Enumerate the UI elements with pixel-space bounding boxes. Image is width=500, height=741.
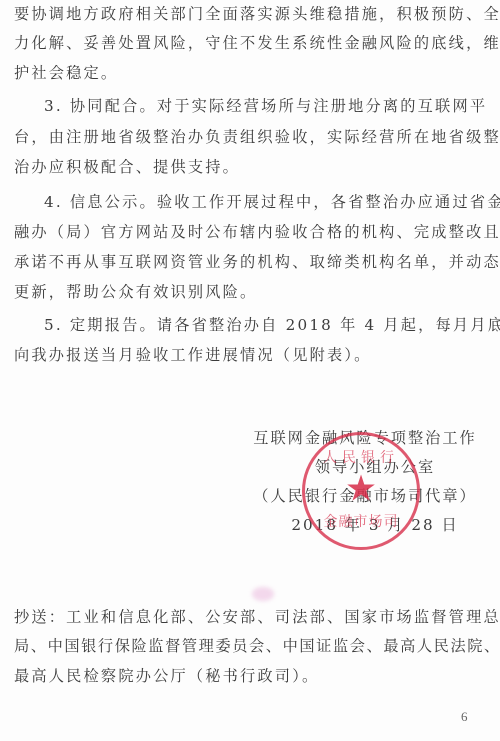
ink-smudge — [252, 587, 274, 601]
item4-line: 更新，帮助公众有效识别风险。 — [14, 282, 257, 302]
item5-heading-line: 5. 定期报告。请各省整治办自 2018 年 4 月起，每月月底前 — [44, 315, 500, 335]
paragraph-line: 力化解、妥善处置风险，守住不发生系统性金融风险的底线，维 — [14, 33, 500, 53]
item3-line: 台，由注册地省级整治办负责组织验收，实际经营所在地省级整 — [14, 127, 500, 147]
page-number: 6 — [461, 709, 468, 725]
item4-line: 承诺不再从事互联网资管业务的机构、取缔类机构名单，并动态 — [14, 252, 500, 272]
issuer-name-line1: 互联网金融风险专项整治工作 — [245, 428, 485, 448]
item4-heading-line: 4. 信息公示。验收工作开展过程中，各省整治办应通过省金 — [44, 192, 500, 212]
document-page: 要协调地方政府相关部门全面落实源头维稳措施，积极预防、全 力化解、妥善处置风险，… — [0, 0, 500, 741]
paragraph-line: 要协调地方政府相关部门全面落实源头维稳措施，积极预防、全 — [14, 4, 500, 24]
issue-date: 2018 年 3 月 28 日 — [255, 515, 495, 535]
item5-line: 向我办报送当月验收工作进展情况（见附表）。 — [14, 345, 372, 365]
cc-line: 最高人民检察院办公厅（秘书行政司）。 — [14, 666, 319, 686]
issuer-name-line2: 领导小组办公室 — [255, 457, 495, 477]
cc-line: 局、中国银行保险监督管理委员会、中国证监会、最高人民法院、 — [14, 636, 500, 656]
seal-note: （人民银行金融市场司代章） — [245, 486, 485, 506]
cc-line: 抄送：工业和信息化部、公安部、司法部、国家市场监督管理总 — [14, 607, 500, 627]
paragraph-line: 护社会稳定。 — [14, 63, 118, 83]
item3-line: 治办应积极配合、提供支持。 — [14, 157, 240, 177]
item3-heading-line: 3. 协同配合。对于实际经营场所与注册地分离的互联网平 — [44, 96, 487, 116]
item4-line: 融办（局）官方网站及时公布辖内验收合格的机构、完成整改且 — [14, 222, 500, 242]
